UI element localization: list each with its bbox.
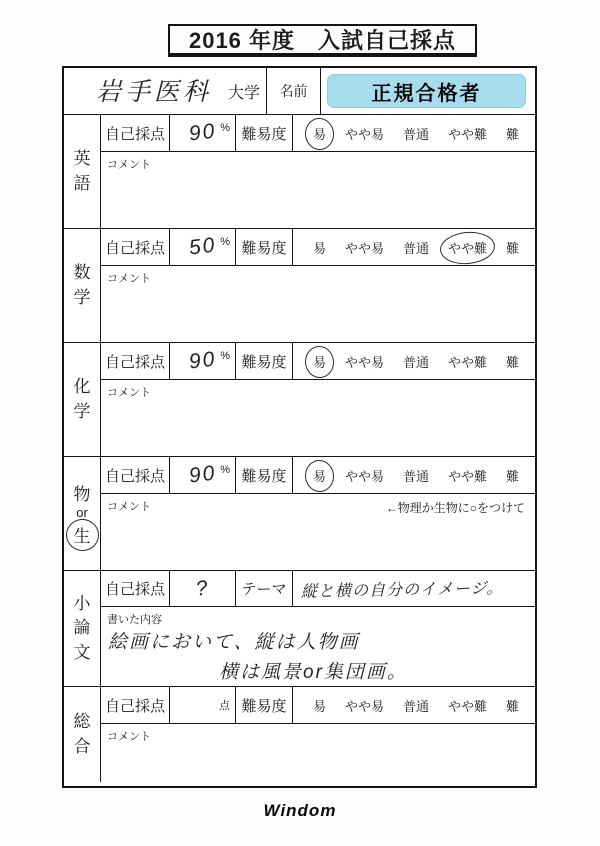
self-score-handwritten: 90 xyxy=(187,461,217,488)
subject-label-english: 英語 xyxy=(64,115,101,228)
score-form-table: 岩手医科 大学 名前 正規合格者 英語 自己採点 90 % xyxy=(62,66,537,788)
difficulty-option-易: 易 xyxy=(313,696,326,715)
difficulty-option-普通: 普通 xyxy=(403,352,429,371)
difficulty-option-やや難: やや難 xyxy=(448,352,487,371)
self-score-value-cell: 50 % xyxy=(170,229,236,265)
subject-name: 総合 xyxy=(73,710,91,759)
header-row: 岩手医科 大学 名前 正規合格者 xyxy=(64,68,535,114)
comment-area: コメント xyxy=(101,380,535,456)
result-cell: 正規合格者 xyxy=(321,68,535,114)
self-score-label: 自己採点 xyxy=(101,229,170,265)
self-score-handwritten: 90 xyxy=(187,347,217,374)
difficulty-option-普通: 普通 xyxy=(403,696,429,715)
subject-block-science-choice: 物 or 生 自己採点 90 % 難易度 易やや易普通やや難難 コメント ←物理… xyxy=(64,456,535,570)
difficulty-option-難: 難 xyxy=(506,696,519,715)
difficulty-option-普通: 普通 xyxy=(403,466,429,485)
score-unit: % xyxy=(220,464,230,476)
comment-area: コメント xyxy=(101,266,535,342)
subject-label-math: 数学 xyxy=(64,229,101,342)
result-badge: 正規合格者 xyxy=(327,74,526,108)
subject-name-physics: 物 xyxy=(74,480,91,505)
difficulty-options: 易やや易普通やや難難 xyxy=(293,115,535,151)
self-score-handwritten: 90 xyxy=(187,119,217,146)
difficulty-option-易: 易 xyxy=(313,352,326,371)
subject-content: 自己採点 ? テーマ 縦と横の自分のイメージ。 書いた内容 絵画において、縦は人… xyxy=(101,571,535,686)
difficulty-option-やや易: やや易 xyxy=(345,352,384,371)
subject-content: 自己採点 50 % 難易度 易やや易普通やや難難 コメント xyxy=(101,229,535,342)
subject-content: 自己採点 90 % 難易度 易やや易普通やや難難 コメント ←物理か生物に○をつ… xyxy=(101,457,535,570)
difficulty-option-普通: 普通 xyxy=(403,238,429,257)
difficulty-options: 易やや易普通やや難難 xyxy=(293,343,535,379)
difficulty-label: 難易度 xyxy=(236,115,293,151)
difficulty-option-易: 易 xyxy=(313,238,326,257)
subject-label-essay: 小論文 xyxy=(64,571,101,686)
score-row: 自己採点 点 難易度 易やや易普通やや難難 xyxy=(101,687,535,724)
difficulty-option-やや難: やや難 xyxy=(448,466,487,485)
subject-block-english: 英語 自己採点 90 % 難易度 易やや易普通やや難難 コメント xyxy=(64,114,535,228)
page-title: 2016 年度 入試自己採点 xyxy=(168,24,477,57)
difficulty-options: 易やや易普通やや難難 xyxy=(293,687,535,723)
difficulty-label: 難易度 xyxy=(236,457,293,493)
difficulty-option-難: 難 xyxy=(506,238,519,257)
score-unit: % xyxy=(220,236,230,248)
subject-label-chemistry: 化学 xyxy=(64,343,101,456)
self-score-handwritten: 50 xyxy=(187,233,217,260)
score-unit: % xyxy=(220,350,230,362)
written-content-line-1: 絵画において、縦は人物画 xyxy=(108,627,360,654)
score-unit: 点 xyxy=(219,697,230,713)
scanned-form-page: 2016 年度 入試自己採点 岩手医科 大学 名前 正規合格者 英語 自己採点 xyxy=(0,0,600,846)
difficulty-option-やや易: やや易 xyxy=(345,238,384,257)
subject-name: 英語 xyxy=(73,147,91,196)
self-score-label: 自己採点 xyxy=(101,457,170,493)
self-score-value-cell: 90 % xyxy=(170,457,236,493)
written-content-line-2: 横は風景or集団画。 xyxy=(219,657,408,684)
score-row: 自己採点 90 % 難易度 易やや易普通やや難難 xyxy=(101,115,535,152)
subject-label-science-choice: 物 or 生 xyxy=(64,457,101,570)
theme-value-cell: 縦と横の自分のイメージ。 xyxy=(293,571,535,606)
self-score-label: 自己採点 xyxy=(101,687,170,723)
comment-area: コメント xyxy=(101,152,535,228)
score-row: 自己採点 90 % 難易度 易やや易普通やや難難 xyxy=(101,343,535,380)
self-score-handwritten: ? xyxy=(194,576,211,601)
comment-label: コメント xyxy=(107,156,151,172)
university-name-handwritten: 岩手医科 xyxy=(96,72,212,108)
university-suffix-label: 大学 xyxy=(228,80,260,103)
subject-block-overall: 総合 自己採点 点 難易度 易やや易普通やや難難 コメント xyxy=(64,686,535,782)
self-score-label: 自己採点 xyxy=(101,115,170,151)
brand-logo-text: Windom xyxy=(0,801,600,821)
difficulty-option-やや難: やや難 xyxy=(448,696,487,715)
subject-label-overall: 総合 xyxy=(64,687,101,782)
difficulty-option-やや易: やや易 xyxy=(345,124,384,143)
comment-area: コメント ←物理か生物に○をつけて xyxy=(101,494,535,570)
self-score-label: 自己採点 xyxy=(101,343,170,379)
subject-name: 小論文 xyxy=(73,592,91,666)
comment-label: コメント xyxy=(107,270,151,286)
name-label-cell: 名前 xyxy=(267,68,321,114)
subject-name-biology-circled: 生 xyxy=(74,522,91,547)
score-row: 自己採点 ? テーマ 縦と横の自分のイメージ。 xyxy=(101,571,535,607)
subject-content: 自己採点 90 % 難易度 易やや易普通やや難難 コメント xyxy=(101,115,535,228)
subject-content: 自己採点 点 難易度 易やや易普通やや難難 コメント xyxy=(101,687,535,782)
subject-name: 化学 xyxy=(73,375,91,424)
self-score-value-cell: 点 xyxy=(170,687,236,723)
difficulty-option-やや易: やや易 xyxy=(345,466,384,485)
difficulty-option-普通: 普通 xyxy=(403,124,429,143)
comment-label: コメント xyxy=(107,728,151,744)
self-score-value-cell: 90 % xyxy=(170,115,236,151)
subject-block-chemistry: 化学 自己採点 90 % 難易度 易やや易普通やや難難 コメント xyxy=(64,342,535,456)
difficulty-option-易: 易 xyxy=(313,466,326,485)
difficulty-option-やや難: やや難 xyxy=(448,124,487,143)
difficulty-option-やや難: やや難 xyxy=(448,238,487,257)
difficulty-option-難: 難 xyxy=(506,352,519,371)
written-content-label: 書いた内容 xyxy=(107,611,162,627)
score-row: 自己採点 50 % 難易度 易やや易普通やや難難 xyxy=(101,229,535,266)
difficulty-options: 易やや易普通やや難難 xyxy=(293,229,535,265)
comment-area: コメント xyxy=(101,724,535,782)
difficulty-label: 難易度 xyxy=(236,687,293,723)
difficulty-option-やや易: やや易 xyxy=(345,696,384,715)
score-unit: % xyxy=(220,122,230,134)
difficulty-label: 難易度 xyxy=(236,229,293,265)
self-score-label: 自己採点 xyxy=(101,571,170,606)
written-content-area: 書いた内容 絵画において、縦は人物画 横は風景or集団画。 xyxy=(101,607,535,686)
subject-block-essay: 小論文 自己採点 ? テーマ 縦と横の自分のイメージ。 書いた内容 絵画において… xyxy=(64,570,535,686)
difficulty-option-難: 難 xyxy=(506,466,519,485)
name-label: 名前 xyxy=(280,81,308,101)
university-cell: 岩手医科 大学 xyxy=(64,68,267,114)
difficulty-option-難: 難 xyxy=(506,124,519,143)
difficulty-option-易: 易 xyxy=(313,124,326,143)
subject-content: 自己採点 90 % 難易度 易やや易普通やや難難 コメント xyxy=(101,343,535,456)
difficulty-options: 易やや易普通やや難難 xyxy=(293,457,535,493)
theme-label: テーマ xyxy=(236,571,293,606)
difficulty-label: 難易度 xyxy=(236,343,293,379)
score-row: 自己採点 90 % 難易度 易やや易普通やや難難 xyxy=(101,457,535,494)
theme-handwritten: 縦と横の自分のイメージ。 xyxy=(301,575,504,602)
physics-or-biology-note: ←物理か生物に○をつけて xyxy=(386,499,525,516)
self-score-value-cell: 90 % xyxy=(170,343,236,379)
comment-label: コメント xyxy=(107,384,151,400)
subject-name: 数学 xyxy=(73,261,91,310)
comment-label: コメント xyxy=(107,498,151,514)
self-score-value-cell: ? xyxy=(170,571,236,606)
subject-block-math: 数学 自己採点 50 % 難易度 易やや易普通やや難難 コメント xyxy=(64,228,535,342)
